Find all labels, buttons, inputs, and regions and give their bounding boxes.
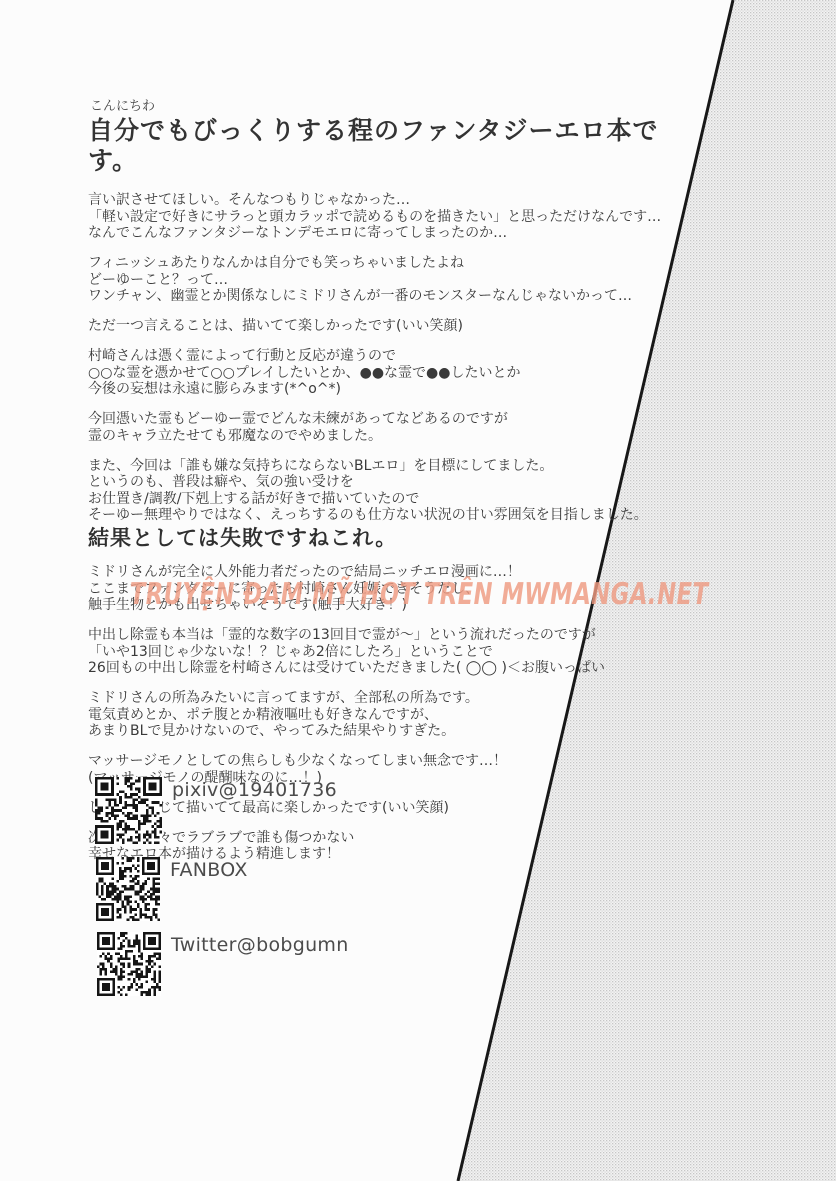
paragraph: 言い訳させてほしい。そんなつもりじゃなかった… 「軽い設定で好きにサラっと頭カラ…	[88, 192, 688, 242]
site-watermark: TRUYỆN ĐAM MỸ HOT TRÊN MWMANGA.NET	[127, 577, 711, 612]
paragraph: 今回憑いた霊もどーゆー霊でどんな未練があってなどあるのですが 霊のキャラ立たせて…	[88, 411, 688, 444]
paragraph: 中出し除霊も本当は「霊的な数字の13回目で霊が～」という流れだったのですが 「い…	[88, 627, 688, 677]
afterword-line: 今回憑いた霊もどーゆー霊でどんな未練があってなどあるのですが	[88, 411, 688, 428]
afterword-line: お仕置き/調教/下剋上する話が好きで描いていたので	[88, 491, 688, 508]
afterword-line: どーゆーこと？って…	[88, 272, 688, 289]
afterword-line: ミドリさんの所為みたいに言ってますが、全部私の所為です。	[88, 690, 688, 707]
paragraph: ミドリさんの所為みたいに言ってますが、全部私の所為です。 電気責めとか、ポテ腹と…	[88, 690, 688, 740]
paragraph: また、今回は「誰も嫌な気持ちにならないBLエロ」を目標にしてました。 というのも…	[88, 458, 688, 551]
afterword-line: 霊のキャラ立たせても邪魔なのでやめました。	[88, 428, 688, 445]
afterword-line: ワンチャン、幽霊とか関係なしにミドリさんが一番のモンスターなんじゃないかって…	[88, 288, 688, 305]
emphasis-line: 結果としては失敗ですねこれ。	[88, 525, 688, 551]
paragraph: 村崎さんは憑く霊によって行動と反応が違うので ○○な霊を憑かせて○○プレイしたい…	[88, 348, 688, 398]
afterword-line: 中出し除霊も本当は「霊的な数字の13回目で霊が～」という流れだったのですが	[88, 627, 688, 644]
greeting-text: こんにちわ	[90, 99, 688, 114]
afterword-line: ただ一つ言えることは、描いてて楽しかったです(いい笑顔)	[88, 318, 688, 335]
fanbox-link-row: FANBOX	[96, 857, 248, 921]
afterword-line: 「軽い設定で好きにサラっと頭カラッポで読めるものを描きたい」と思っただけなんです…	[88, 209, 688, 226]
afterword-line: あまりBLで見かけないので、やってみた結果やりすぎた。	[88, 723, 688, 740]
afterword-line: また、今回は「誰も嫌な気持ちにならないBLエロ」を目標にしてました。	[88, 458, 688, 475]
afterword-line: そーゆー無理やりではなく、えっちするのも仕方ない状況の甘い雰囲気を目指しました。	[88, 507, 688, 524]
afterword-line: マッサージモノとしての焦らしも少なくなってしまい無念です…！	[88, 753, 688, 770]
paragraph: ただ一つ言えることは、描いてて楽しかったです(いい笑顔)	[88, 318, 688, 335]
afterword-line: というのも、普段は癖や、気の強い受けを	[88, 474, 688, 491]
pixiv-qr-code	[95, 777, 162, 844]
paragraph: フィニッシュあたりなんかは自分でも笑っちゃいましたよね どーゆーこと？って… ワ…	[88, 255, 688, 305]
afterword-text-column: こんにちわ 自分でもびっくりする程のファンタジーエロ本です。 言い訳させてほしい…	[88, 99, 688, 876]
fanbox-qr-code	[96, 857, 160, 921]
fanbox-label: FANBOX	[170, 857, 248, 881]
afterword-line: 村崎さんは憑く霊によって行動と反応が違うので	[88, 348, 688, 365]
manga-afterword-page: こんにちわ 自分でもびっくりする程のファンタジーエロ本です。 言い訳させてほしい…	[0, 0, 836, 1181]
afterword-line: 今後の妄想は永遠に膨らみます(*^o^*)	[88, 381, 688, 398]
afterword-line: 電気責めとか、ポテ腹とか精液嘔吐も好きなんですが、	[88, 707, 688, 724]
afterword-line: なんでこんなファンタジーなトンデモエロに寄ってしまったのか…	[88, 225, 688, 242]
twitter-qr-code	[97, 932, 161, 996]
twitter-link-row: Twitter@bobgumn	[97, 932, 349, 996]
pixiv-link-row: pixiv@19401736	[95, 777, 337, 844]
afterword-line: 26回もの中出し除霊を村崎さんには受けていただきました( ◯◯ )＜お腹いっぱい	[88, 660, 688, 677]
afterword-line: フィニッシュあたりなんかは自分でも笑っちゃいましたよね	[88, 255, 688, 272]
afterword-line: ○○な霊を憑かせて○○プレイしたいとか、●●な霊で●●したいとか	[88, 365, 688, 382]
twitter-handle-label: Twitter@bobgumn	[171, 932, 349, 956]
afterword-line: 「いや13回じゃ少ないな！？じゃあ2倍にしたろ」ということで	[88, 644, 688, 661]
page-title: 自分でもびっくりする程のファンタジーエロ本です。	[88, 116, 688, 176]
pixiv-handle-label: pixiv@19401736	[172, 777, 337, 801]
afterword-line: 言い訳させてほしい。そんなつもりじゃなかった…	[88, 192, 688, 209]
